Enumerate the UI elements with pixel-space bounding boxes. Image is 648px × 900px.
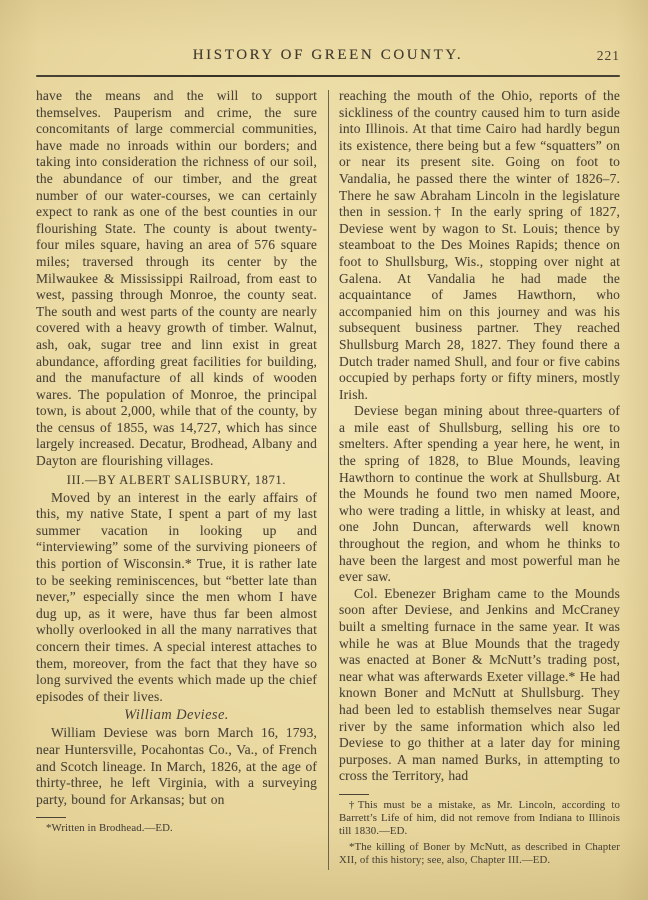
book-page: HISTORY OF GREEN COUNTY. 221 have the me… <box>0 46 648 882</box>
running-header: HISTORY OF GREEN COUNTY. 221 <box>36 46 620 66</box>
right-footnote-1: †This must be a mistake, as Mr. Lincoln,… <box>339 799 620 838</box>
scanned-book-page: { "header": { "title": "HISTORY OF GREEN… <box>0 0 648 900</box>
section-heading-salisbury: III.—BY ALBERT SALISBURY, 1871. <box>36 473 317 488</box>
right-paragraph-1: reaching the mouth of the Ohio, reports … <box>339 88 620 403</box>
left-column: have the means and the will to support t… <box>36 88 317 882</box>
footnote-separator-rule <box>36 817 66 818</box>
right-column: reaching the mouth of the Ohio, reports … <box>339 88 620 882</box>
right-paragraph-3: Col. Ebenezer Brigham came to the Mounds… <box>339 586 620 785</box>
left-paragraph-2: Moved by an interest in the early affair… <box>36 490 317 706</box>
subheading-william-deviese: William Deviese. <box>36 707 317 724</box>
right-footnote-2: *The killing of Boner by McNutt, as desc… <box>339 841 620 867</box>
left-footnote: *Written in Brodhead.—ED. <box>36 822 317 835</box>
page-number: 221 <box>597 48 620 64</box>
page-title: HISTORY OF GREEN COUNTY. <box>193 47 463 63</box>
text-columns: have the means and the will to support t… <box>36 88 620 882</box>
footnote-separator-rule <box>339 794 369 795</box>
header-rule <box>36 75 620 77</box>
right-paragraph-2: Deviese began mining about three-quarter… <box>339 403 620 586</box>
right-footnote-block: †This must be a mistake, as Mr. Lincoln,… <box>339 794 620 867</box>
left-paragraph-3: William Deviese was born March 16, 1793,… <box>36 725 317 808</box>
left-footnote-block: *Written in Brodhead.—ED. <box>36 817 317 835</box>
left-paragraph-1: have the means and the will to support t… <box>36 88 317 470</box>
column-divider-rule <box>328 90 329 870</box>
